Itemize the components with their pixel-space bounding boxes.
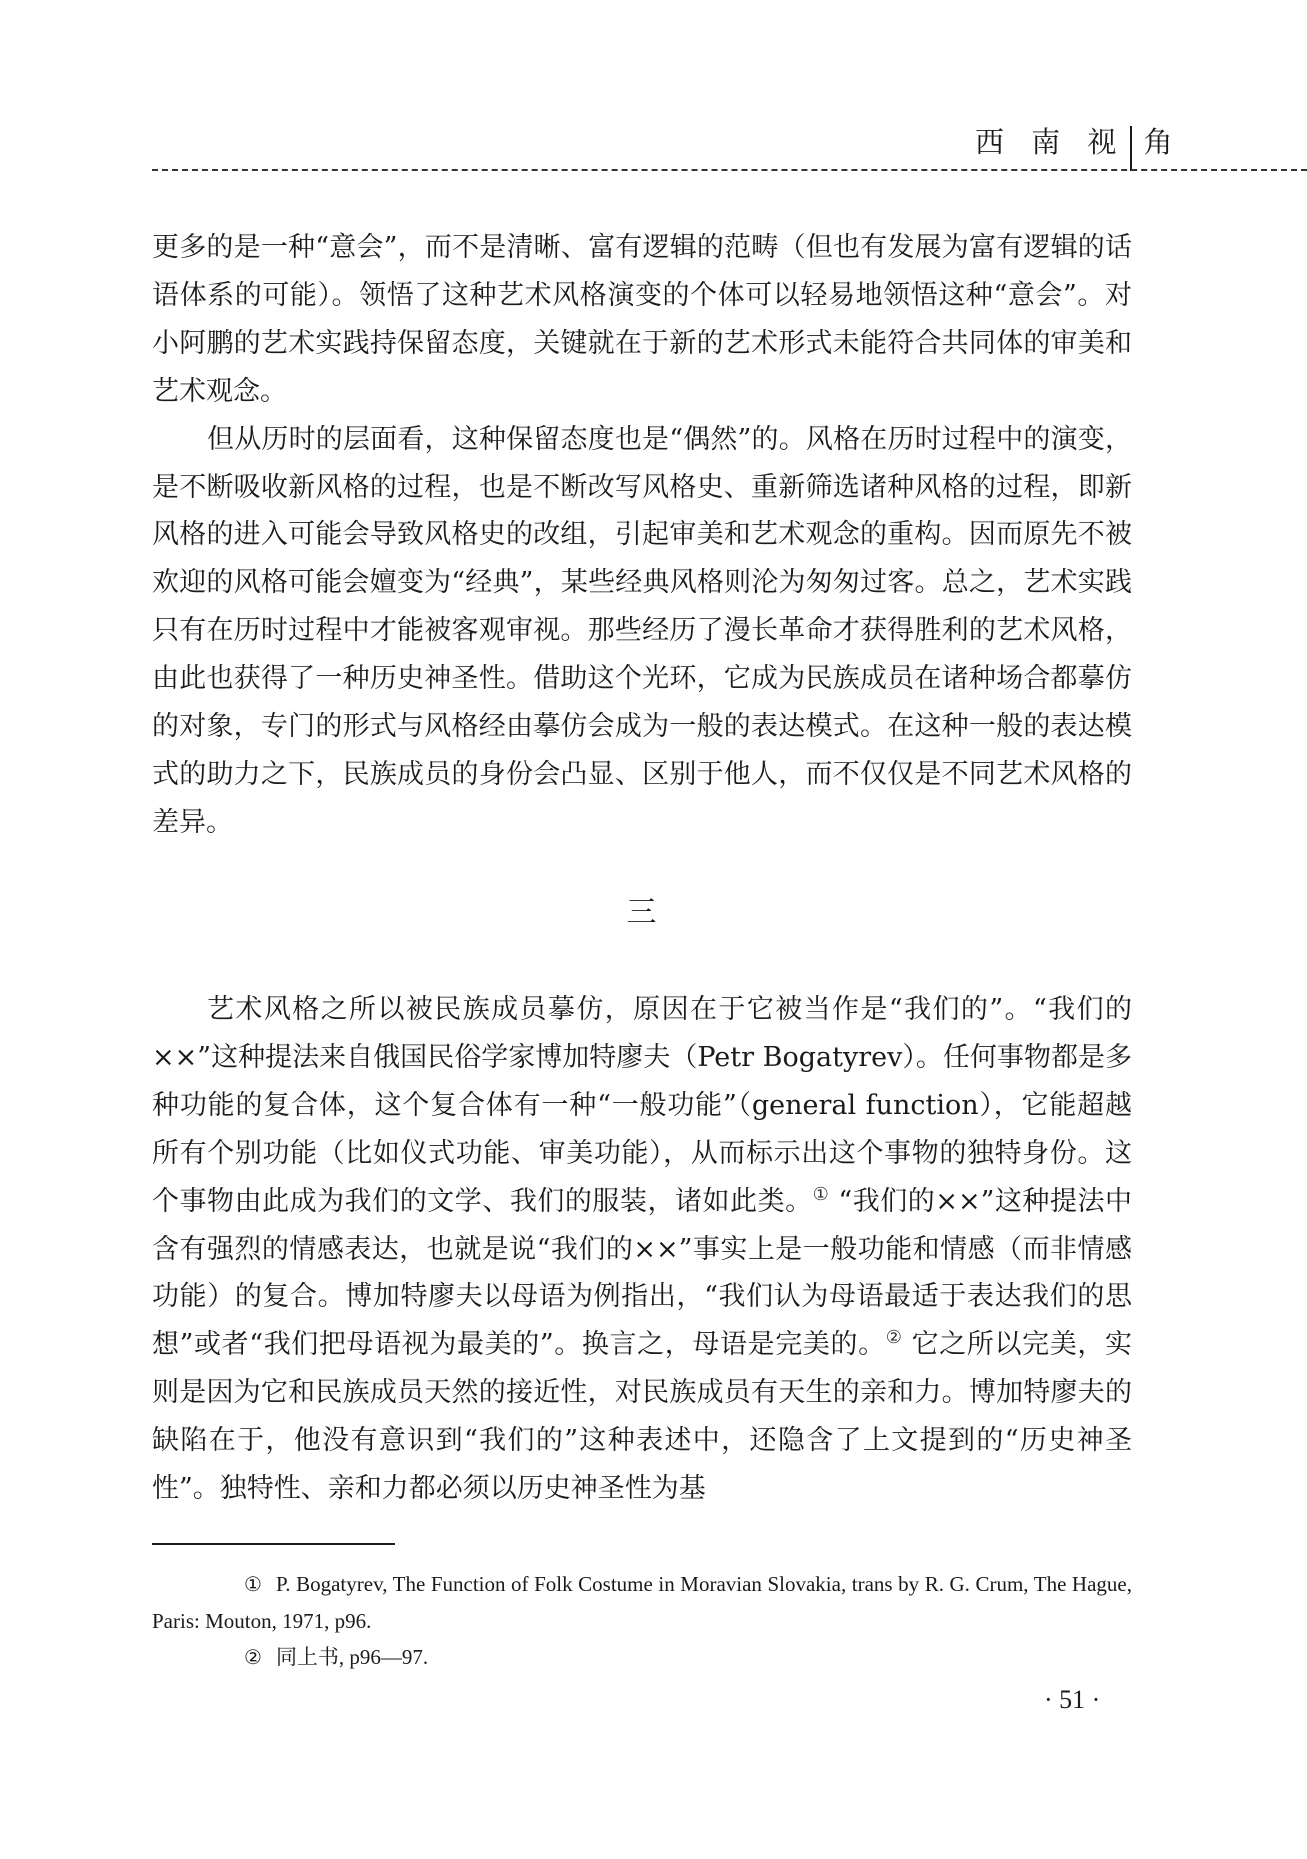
page-number: · 51 ·	[1044, 1684, 1100, 1716]
body-text-section-2-end: 更多的是一种“意会”，而不是清晰、富有逻辑的范畴（但也有发展为富有逻辑的话语体系…	[152, 224, 1132, 847]
section-heading-numeral: 三	[627, 895, 657, 930]
body-paragraph: 但从历时的层面看，这种保留态度也是“偶然”的。风格在历时过程中的演变，是不断吸收…	[152, 416, 1132, 847]
body-paragraph: 更多的是一种“意会”，而不是清晰、富有逻辑的范畴（但也有发展为富有逻辑的话语体系…	[152, 224, 1132, 416]
running-head: 西 南 视 角	[0, 0, 1307, 180]
body-paragraph: 艺术风格之所以被民族成员摹仿，原因在于它被当作是“我们的”。“我们的××”这种提…	[152, 986, 1132, 1513]
footnote-separator-rule	[152, 1543, 395, 1545]
footnotes: ①P. Bogatyrev, The Function of Folk Cost…	[152, 1566, 1132, 1676]
running-head-dashed-rule	[152, 169, 1307, 171]
footnote-item: ②同上书, p96—97.	[152, 1639, 1132, 1676]
footnote-mark: ②	[198, 1639, 262, 1676]
footnote-reference-2[interactable]: ②	[886, 1327, 903, 1348]
footnote-mark: ①	[198, 1566, 262, 1603]
footnote-text: 同上书, p96—97.	[276, 1645, 428, 1669]
running-head-title: 西 南 视 角	[975, 124, 1182, 160]
section-heading: 三	[0, 893, 1307, 933]
running-head-divider-bar	[1130, 126, 1132, 171]
paragraph-text: 艺术风格之所以被民族成员摹仿，原因在于它被当作是“我们的”。“我们的××”这种提…	[152, 994, 1132, 1217]
footnote-reference-1[interactable]: ①	[813, 1184, 830, 1205]
body-text-section-3: 艺术风格之所以被民族成员摹仿，原因在于它被当作是“我们的”。“我们的××”这种提…	[152, 986, 1132, 1513]
footnote-text: P. Bogatyrev, The Function of Folk Costu…	[152, 1572, 1132, 1633]
footnote-item: ①P. Bogatyrev, The Function of Folk Cost…	[152, 1566, 1132, 1639]
